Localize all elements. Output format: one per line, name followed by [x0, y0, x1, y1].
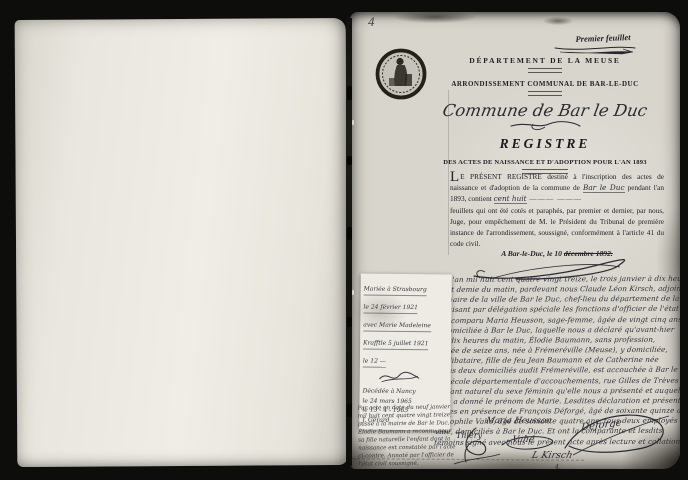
department-line: DÉPARTEMENT DE LA MEUSE [420, 56, 670, 65]
folio-count-fill-in: cent huit [494, 194, 527, 204]
register-title: REGISTRE [420, 136, 670, 152]
officer-scribble-icon [377, 369, 448, 386]
witness1-signature: Vahé [498, 432, 558, 452]
binding-stitch [347, 227, 352, 240]
witness1-name: Vahé [511, 435, 536, 445]
marriage-mention-line: Mariée à Strasbourg [364, 285, 427, 296]
margin-officer-name: Thiéry [456, 431, 483, 440]
binding-stitch [347, 317, 352, 327]
printed-header: DÉPARTEMENT DE LA MEUSE ARRONDISSEMENT C… [420, 56, 670, 174]
mention-line: l'état civil soussigné. [358, 459, 452, 468]
commune-fill-in: Bar le Duc [583, 183, 625, 193]
officer-paraph: 4. [555, 464, 561, 469]
binding-stitch [347, 404, 352, 417]
commune-handwritten-line: Commune de Bar le Duc [418, 101, 671, 120]
ornament-rule [528, 68, 562, 73]
folio-number: 4 [368, 14, 375, 30]
act-line: tous deux domiciliés audit Frémeréville,… [440, 365, 680, 376]
paper-crease [448, 90, 449, 255]
officer-signature: L Kirsch [531, 450, 574, 461]
marriage-mention-line: le 5 juillet 1921 [381, 339, 429, 350]
marriage-mention-line: le 24 février 1921 [363, 303, 418, 314]
register-subtitle: DES ACTES DE NAISSANCE ET D'ADOPTION POU… [420, 159, 670, 166]
declarant-signature: Maria Heusson [485, 416, 553, 426]
margin-officer-signature: Thiéry [446, 424, 504, 468]
binding-stitch [347, 156, 352, 165]
arrondissement-line: ARRONDISSEMENT COMMUNAL DE BAR-LE-DUC [420, 80, 670, 88]
marriage-mention-line: Krafft [363, 339, 381, 350]
ornament-rule [528, 91, 562, 96]
death-mention-line: Décédée à Nancy [363, 387, 448, 397]
recognition-mention: Par acte en date du neuf janviermil huit… [358, 403, 453, 468]
pen-flourish-icon [553, 44, 638, 56]
binding-thread-highlight [352, 120, 354, 125]
marriage-mention-line: le 12 — [363, 357, 386, 368]
register-scan: 4 Premier feuillet DÉPARTEMENT DE LA MEU… [0, 0, 688, 480]
ruled-filler: ——— ——— [527, 194, 582, 203]
marriage-mention: Mariée à Strasbourgle 24 février 1921ave… [363, 278, 449, 369]
printed-preamble: LE PRÉSENT REGISTRE destiné à l'inscript… [450, 171, 664, 249]
blank-left-page [15, 18, 349, 467]
pen-flourish-icon [505, 120, 585, 130]
preamble-text-3: feuillets qui ont été cotés et paraphés,… [450, 206, 664, 248]
register-title-page: 4 Premier feuillet DÉPARTEMENT DE LA MEU… [350, 12, 680, 469]
binding-stitch [347, 86, 352, 100]
binding-thread-highlight [352, 290, 354, 295]
marriage-mention-line: avec Marie Madeleine [363, 321, 431, 332]
premier-feuillet-note: Premier feuillet [548, 31, 658, 45]
act-line: faisant par délégation spéciale les fonc… [445, 304, 680, 315]
